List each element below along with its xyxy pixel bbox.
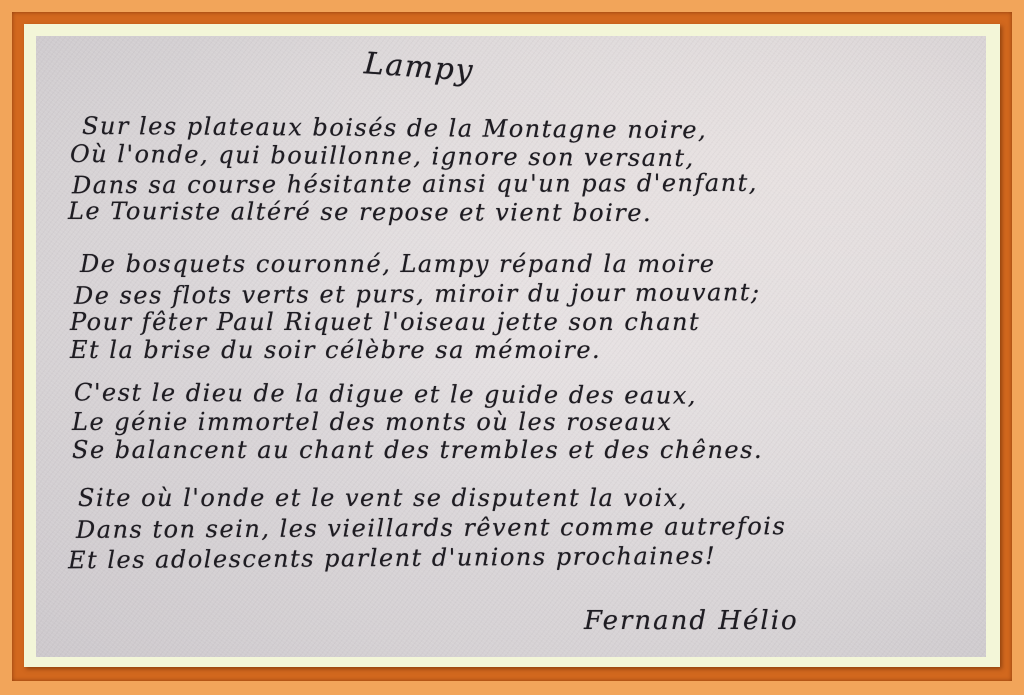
poem-line: Le Touriste altéré se repose et vient bo… — [68, 197, 652, 227]
poem-line: Où l'onde, qui bouillonne, ignore son ve… — [70, 140, 695, 172]
poem-line: De bosquets couronné, Lampy répand la mo… — [80, 250, 715, 278]
poem-line: C'est le dieu de la digue et le guide de… — [74, 378, 697, 409]
poem-line: Se balancent au chant des trembles et de… — [72, 436, 763, 464]
poem-line: Le génie immortel des monts où les rosea… — [72, 408, 672, 436]
poem-line: Et la brise du soir célèbre sa mémoire. — [70, 336, 601, 364]
picture-frame-outer: Lampy Sur les plateaux boisés de la Mont… — [0, 0, 1024, 695]
poem-signature: Fernand Hélio — [584, 606, 799, 636]
poem-line: De ses flots verts et purs, miroir du jo… — [74, 278, 761, 310]
poem-title: Lampy — [363, 46, 475, 89]
poem-line: Et les adolescents parlent d'unions proc… — [68, 542, 716, 575]
manuscript-paper: Lampy Sur les plateaux boisés de la Mont… — [36, 36, 986, 657]
poem-line: Pour fêter Paul Riquet l'oiseau jette so… — [70, 308, 700, 336]
poem-line: Dans ton sein, les vieillards rêvent com… — [76, 512, 786, 544]
poem-line: Dans sa course hésitante ainsi qu'un pas… — [72, 169, 758, 199]
poem-line: Site où l'onde et le vent se disputent l… — [78, 484, 688, 512]
poem-line: Sur les plateaux boisés de la Montagne n… — [82, 112, 707, 144]
